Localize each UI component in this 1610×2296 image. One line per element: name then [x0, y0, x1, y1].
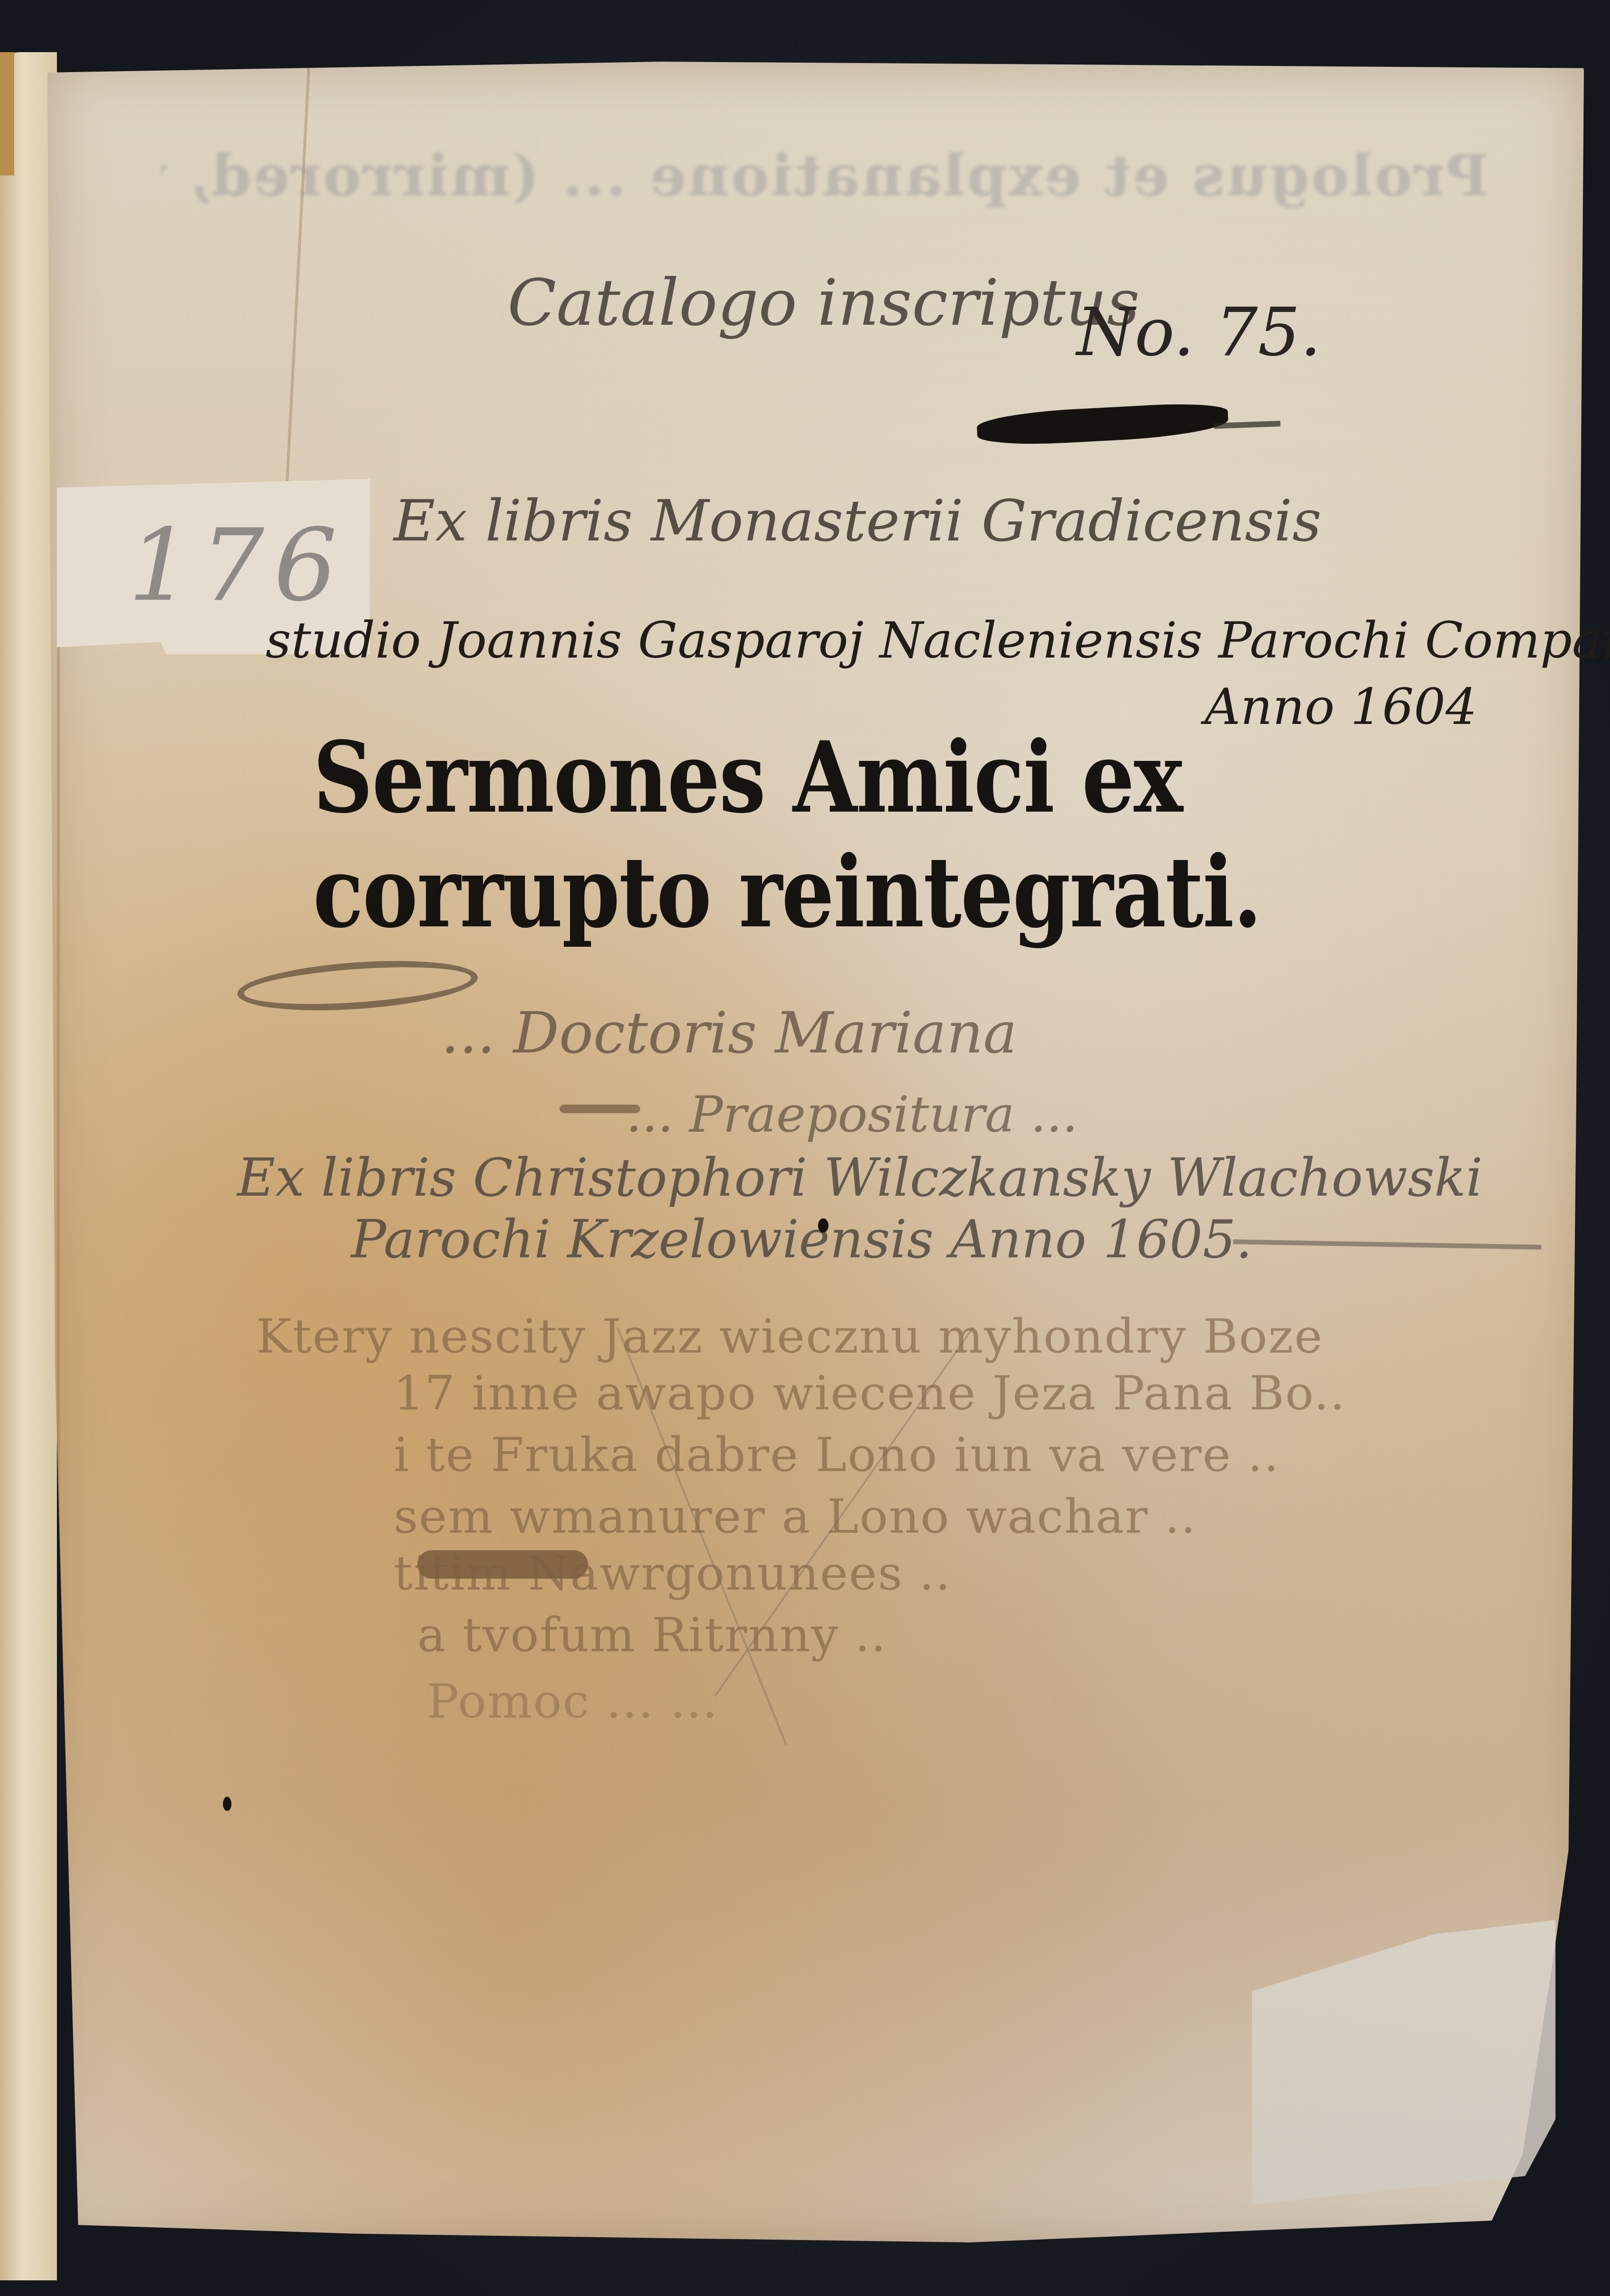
wormhole [818, 1218, 828, 1233]
book-spine-edge [0, 52, 57, 2280]
spine-leather-strip [0, 52, 14, 175]
catalog-note: Catalogo inscriptus [507, 265, 1140, 340]
dedication-line-2: ... Praepositura ... [626, 1086, 1078, 1143]
czech-note-line: sem wmanurer a Lono wachar .. [394, 1489, 1196, 1544]
czech-note-line: Ktery nescity Jazz wiecznu myhondry Boze [256, 1308, 1323, 1364]
title-line-2: corrupto reintegrati. [313, 835, 1261, 950]
provenance-2-line-2: Parochi Krzelowiensis Anno 1605. [351, 1209, 1252, 1270]
czech-note-line: Pomoc ... ... [427, 1674, 718, 1729]
czech-note-line: titim Nawrgonunees .. [394, 1546, 951, 1601]
czech-note-line: 17 inne awapo wiecene Jeza Pana Bo.. [394, 1365, 1346, 1421]
title-line-1: Sermones Amici ex [313, 721, 1261, 835]
printed-title: Sermones Amici ex corrupto reintegrati. [313, 721, 1261, 950]
provenance-studio-line: studio Joannis Gasparoj Nacleniensis Par… [266, 612, 1610, 669]
wormhole [223, 1797, 231, 1811]
shelf-number: 176 [128, 507, 347, 623]
paper-crease-left [57, 583, 60, 2195]
provenance-exlibris-line: Ex libris Monasterii Gradicensis [394, 488, 1322, 554]
dedication-line-1: ... Doctoris Mariana [441, 1000, 1017, 1066]
provenance-2-line-1: Ex libris Christophori Wilczkansky Wlach… [237, 1147, 1482, 1208]
catalog-number: No. 75. [1076, 294, 1321, 371]
photo-scene: Prologus et explanatione ... (mirrored, … [0, 0, 1610, 2296]
bleed-through-print: Prologus et explanatione ... (mirrored, … [161, 142, 1489, 209]
czech-note-line: i te Fruka dabre Lono iun va vere .. [394, 1427, 1279, 1482]
czech-note-line: a tvofum Ritrnny .. [417, 1607, 887, 1663]
